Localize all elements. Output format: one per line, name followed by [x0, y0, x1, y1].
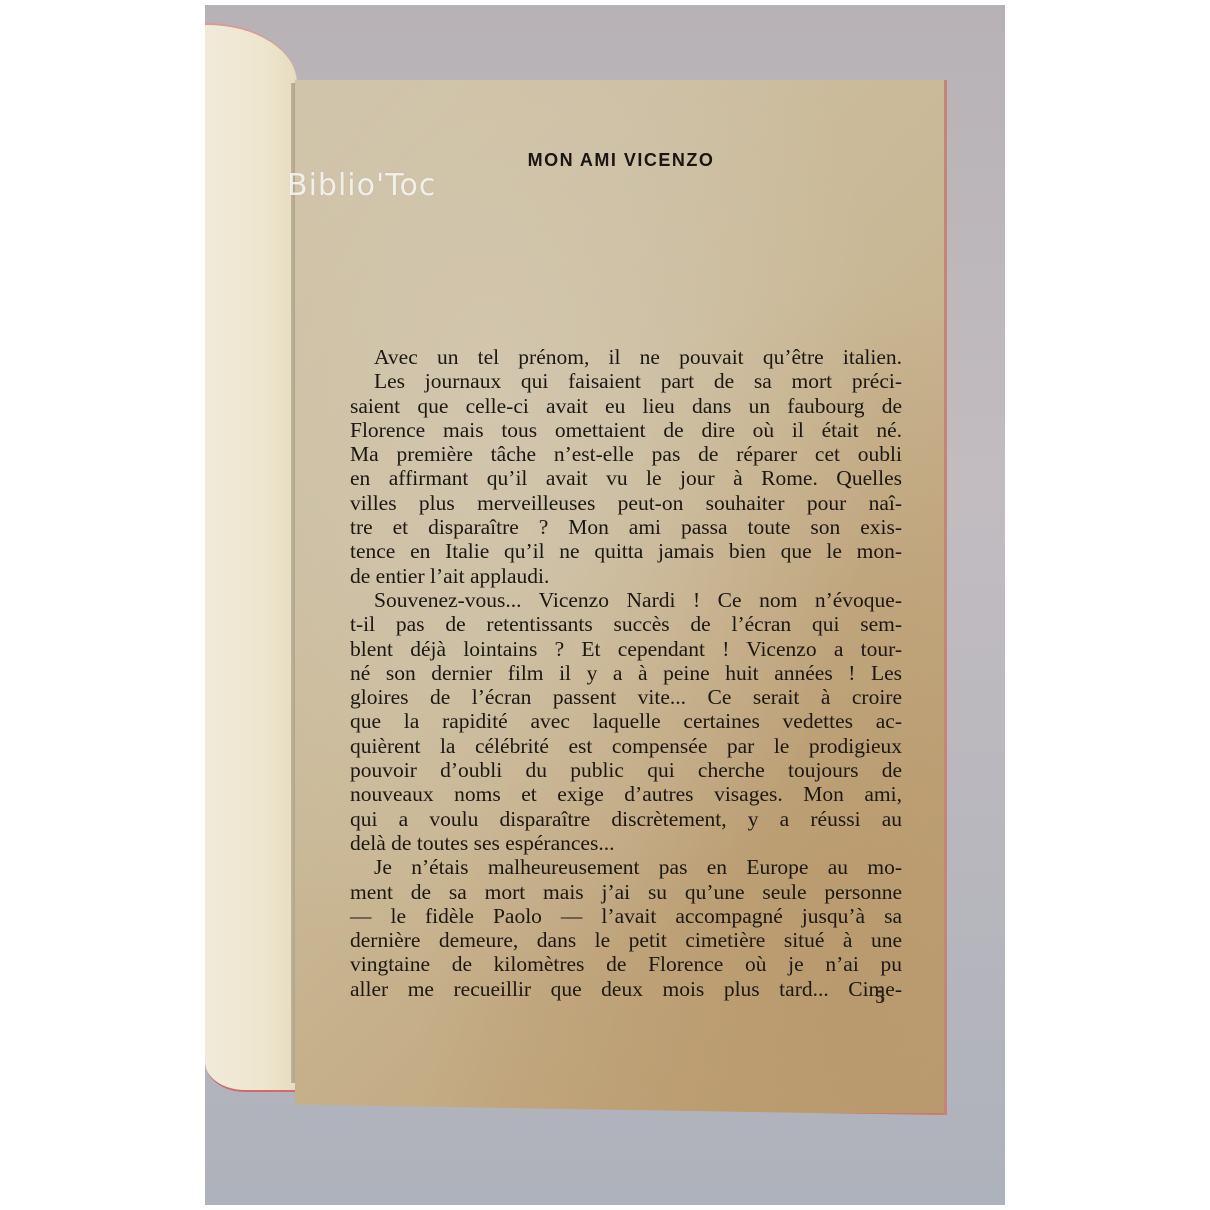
text-line: tence en Italie qu’il ne quitta jamais b…	[350, 539, 902, 563]
text-line: Souvenez-vous... Vicenzo Nardi ! Ce nom …	[350, 588, 902, 612]
text-line: blent déjà lointains ? Et cependant ! Vi…	[350, 637, 902, 661]
text-line: gloires de l’écran passent vite... Ce se…	[350, 685, 902, 709]
text-line: Je n’étais malheureusement pas en Europe…	[350, 855, 902, 879]
text-line: Avec un tel prénom, il ne pouvait qu’êtr…	[350, 345, 902, 369]
text-line: vingtaine de kilomètres de Florence où j…	[350, 952, 902, 976]
text-line: ment de sa mort mais j’ai su qu’une seul…	[350, 880, 902, 904]
text-line: t-il pas de retentissants succès de l’éc…	[350, 612, 902, 636]
text-line: tre et disparaître ? Mon ami passa toute…	[350, 515, 902, 539]
page-number: 5	[876, 987, 886, 1009]
text-line: Florence mais tous omettaient de dire où…	[350, 418, 902, 442]
text-line: qui a voulu disparaître discrètement, y …	[350, 807, 902, 831]
text-line: nouveaux noms et exige d’autres visages.…	[350, 782, 902, 806]
text-line: en affirmant qu’il avait vu le jour à Ro…	[350, 466, 902, 490]
text-line: que la rapidité avec laquelle certaines …	[350, 709, 902, 733]
text-line: Les journaux qui faisaient part de sa mo…	[350, 369, 902, 393]
text-line: saient que celle-ci avait eu lieu dans u…	[350, 394, 902, 418]
book-page: MON AMI VICENZO Avec un tel prénom, il n…	[295, 80, 947, 1115]
text-line: aller me recueillir que deux mois plus t…	[350, 977, 902, 1001]
text-line: de entier l’ait applaudi.	[350, 564, 902, 588]
text-line: dernière demeure, dans le petit cimetièr…	[350, 928, 902, 952]
text-line: villes plus merveilleuses peut-on souhai…	[350, 491, 902, 515]
watermark-logo: Biblio'Toc	[287, 168, 436, 203]
text-line: né son dernier film il y a à peine huit …	[350, 661, 902, 685]
left-facing-page	[205, 23, 297, 1092]
text-line: — le fidèle Paolo — l’avait accompagné j…	[350, 904, 902, 928]
text-line: Ma première tâche n’est-elle pas de répa…	[350, 442, 902, 466]
text-line: quièrent la célébrité est compensée par …	[350, 734, 902, 758]
body-text: Avec un tel prénom, il ne pouvait qu’êtr…	[350, 345, 902, 1001]
text-line: pouvoir d’oubli du public qui cherche to…	[350, 758, 902, 782]
text-line: delà de toutes ses espérances...	[350, 831, 902, 855]
